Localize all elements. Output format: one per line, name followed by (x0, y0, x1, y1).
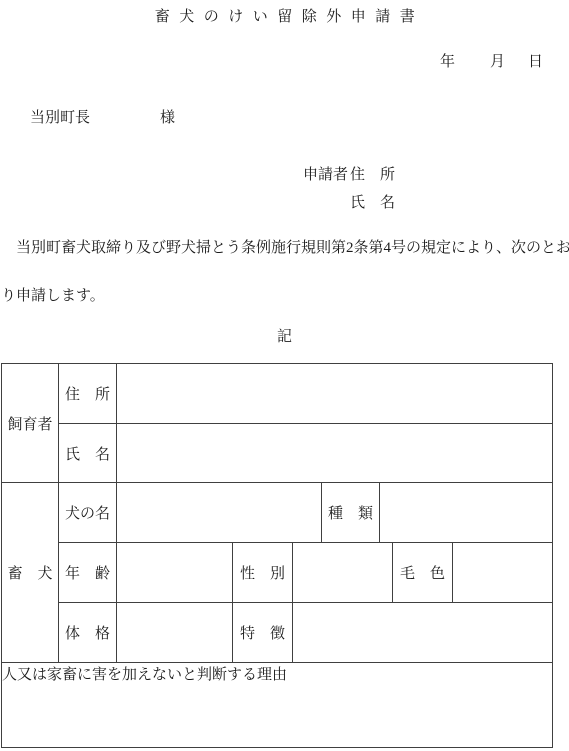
dog-group-label: 畜 犬 (2, 483, 59, 663)
dog-name-label: 犬の名 (59, 483, 117, 543)
document-page: 畜犬のけい留除外申請書 年月日 当別町長様 申請者 住 所 氏 名 当別町畜犬取… (0, 0, 569, 751)
keeper-address-value-cell[interactable] (117, 364, 553, 424)
date-year-label: 年 (440, 54, 455, 70)
dog-age-value-cell[interactable] (117, 543, 233, 603)
addressee-line: 当別町長様 (30, 106, 175, 127)
dog-age-label: 年 齢 (59, 543, 117, 603)
application-form-table: 飼育者 住 所 氏 名 畜 犬 犬の名 種 類 年 齢 性 別 毛 色 (1, 363, 553, 748)
body-paragraph-line2: り申請します。 (1, 284, 105, 305)
document-title: 畜犬のけい留除外申請書 (0, 5, 569, 26)
dog-name-value-cell[interactable] (117, 483, 322, 543)
dog-breed-label: 種 類 (322, 483, 380, 543)
dog-build-value-cell[interactable] (117, 603, 233, 663)
applicant-name-label: 氏 名 (350, 191, 395, 212)
applicant-address-label: 住 所 (350, 163, 395, 184)
table-row-keeper-address: 飼育者 住 所 (2, 364, 553, 424)
date-line: 年月日 (440, 50, 543, 71)
applicant-label: 申請者 (303, 163, 348, 184)
date-month-label: 月 (490, 54, 505, 70)
dog-breed-value-cell[interactable] (380, 483, 553, 543)
addressee-name: 当別町長 (30, 110, 90, 126)
keeper-group-label: 飼育者 (2, 364, 59, 483)
dog-coat-value-cell[interactable] (453, 543, 553, 603)
dog-build-label: 体 格 (59, 603, 117, 663)
dog-sex-value-cell[interactable] (293, 543, 393, 603)
reason-cell[interactable]: 人又は家畜に害を加えないと判断する理由 (2, 663, 553, 748)
table-row-reason: 人又は家畜に害を加えないと判断する理由 (2, 663, 553, 748)
ki-marker: 記 (0, 325, 569, 346)
dog-coat-label: 毛 色 (393, 543, 453, 603)
date-day-label: 日 (528, 54, 543, 70)
table-row-dog-name: 畜 犬 犬の名 種 類 (2, 483, 553, 543)
addressee-honorific: 様 (160, 110, 175, 126)
keeper-name-value-cell[interactable] (117, 424, 553, 483)
body-paragraph-line1: 当別町畜犬取締り及び野犬掃とう条例施行規則第2条第4号の規定により、次のとお (1, 236, 569, 257)
dog-features-label: 特 徴 (233, 603, 293, 663)
keeper-name-label: 氏 名 (59, 424, 117, 483)
dog-features-value-cell[interactable] (293, 603, 553, 663)
table-row-dog-build: 体 格 特 徴 (2, 603, 553, 663)
keeper-address-label: 住 所 (59, 364, 117, 424)
table-row-keeper-name: 氏 名 (2, 424, 553, 483)
dog-sex-label: 性 別 (233, 543, 293, 603)
table-row-dog-age: 年 齢 性 別 毛 色 (2, 543, 553, 603)
